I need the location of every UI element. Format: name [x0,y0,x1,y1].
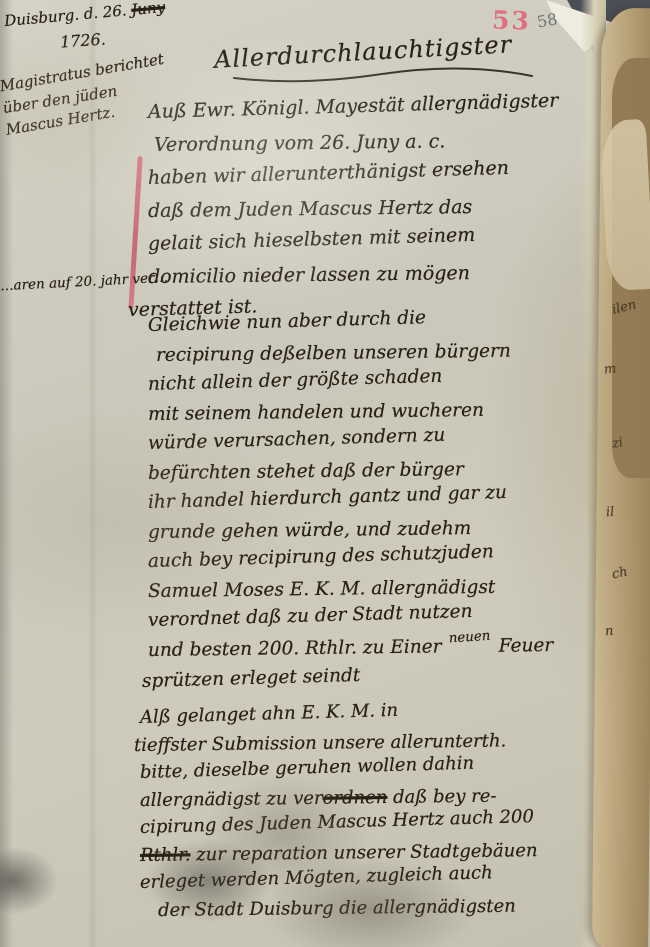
struck-word: ordnen [322,786,387,808]
paragraph-petition: Alß gelanget ahn E. K. M. intieffster Su… [140,704,632,924]
inserted-word: neuen [448,621,491,653]
heading-flourish-underline [232,66,542,88]
paragraph-royal-order: Auß Ewr. Königl. Mayestät allergnädigste… [148,96,640,327]
margin-note-duration: …aren auf 20. jahr ver… [0,270,168,295]
struck-word: Rthlr. [140,844,191,866]
dateline: Duisburg. d. 26. Juny [4,0,166,30]
manuscript-photo: ilen m zi il ch n 53 58 Duisburg. d. 26.… [0,0,650,947]
folio-number-pencil: 58 [536,9,559,31]
hand-line: der Stadt Duisburg die allergnädigsten [158,891,632,924]
year-label: 1726. [59,29,106,51]
paragraph-objection: Gleichwie nun aber durch dierecipirung d… [148,311,640,697]
hand-line: Auß Ewr. Königl. Mayestät allergnädigste… [148,82,641,129]
struck-word: Juny [131,0,166,19]
